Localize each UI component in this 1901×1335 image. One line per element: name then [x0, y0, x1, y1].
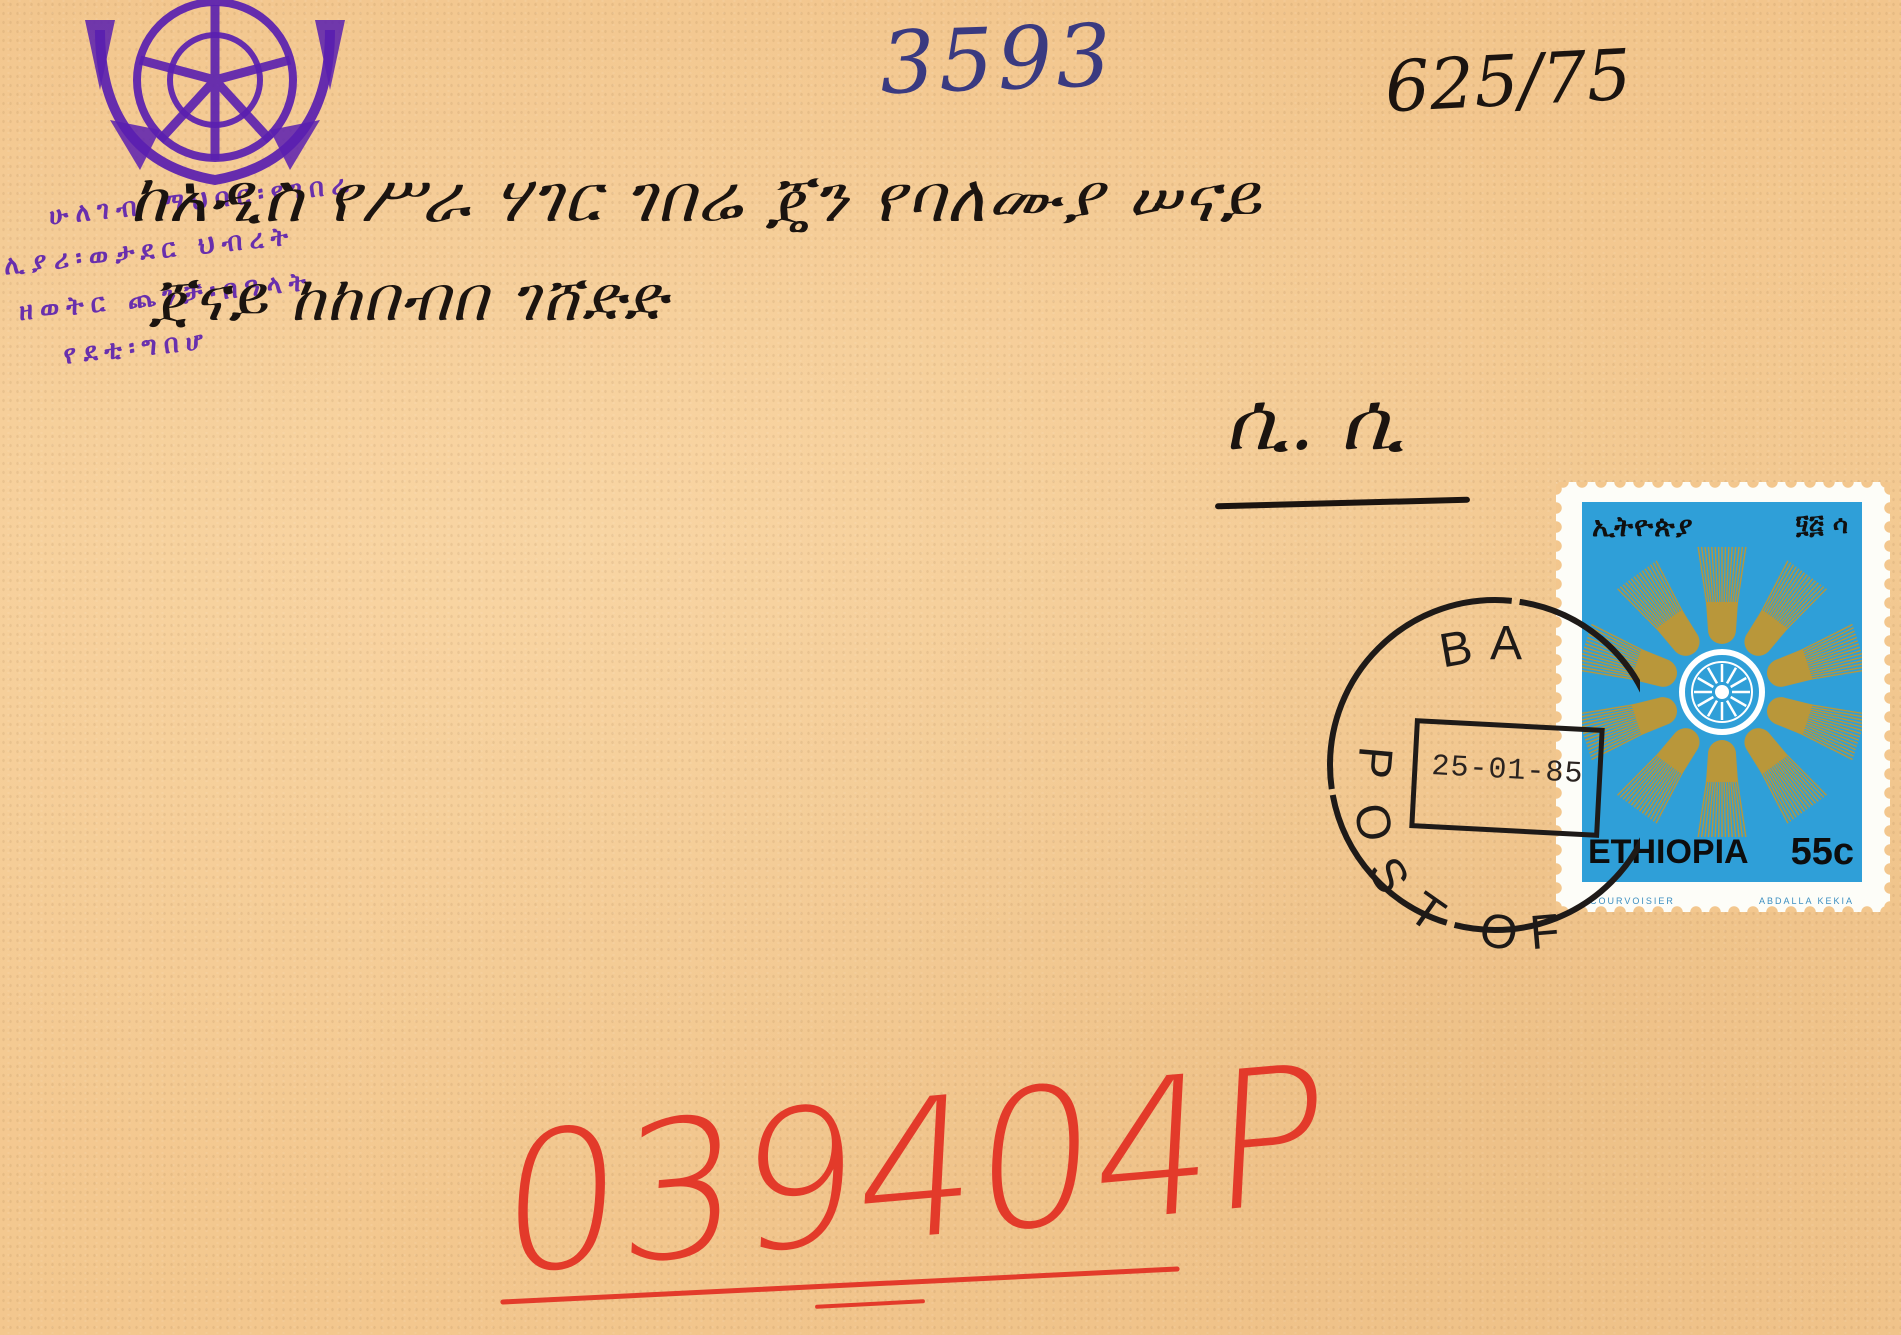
postmark-office-letter: P [1345, 744, 1403, 781]
address-line-1: ከአዲስ የሥራ ሃገር ገበሬ ጄን የባለሙያ ሠናይ [130, 160, 1262, 239]
postmark-date-box: 25-01-85 [1409, 718, 1604, 838]
reference-number: 3593 [878, 6, 1116, 114]
stamp-value: 55c [1791, 831, 1854, 874]
stamp-value-amharic: ፶፭ ሳ [1795, 510, 1848, 541]
attention-initials: ሲ. ሲ [1225, 375, 1404, 469]
emblem-seal-icon [80, 0, 350, 185]
postmark-town-letter: A [1490, 616, 1522, 671]
registration-underline-short [815, 1299, 925, 1309]
stamp-country-amharic: ኢትዮጵያ [1592, 510, 1694, 544]
postmark-office-letter: O [1476, 902, 1522, 963]
postmark-date: 25-01-85 [1431, 750, 1585, 792]
stamp-perforation [1883, 482, 1897, 912]
attention-underline [1215, 497, 1470, 510]
stamp-perforation [1556, 475, 1890, 489]
address-line-2: ጀናይ ከከበብበ ገሸድድ [150, 262, 669, 336]
postmark: B A P O S T O F 25-01-85 [1320, 580, 1640, 950]
postmark-office-letter: F [1528, 904, 1562, 961]
file-number: 625/75 [1383, 34, 1633, 129]
envelope: ሁለገብ ማህበር፡የገበሬ ሊያሪ፡ወታደር ህብረት ዘወትር ጨንቻ፡በዓ… [0, 0, 1901, 1335]
registration-number: 039404P [496, 1023, 1330, 1318]
stamp-designer: ABDALLA KEKIA [1759, 896, 1854, 906]
